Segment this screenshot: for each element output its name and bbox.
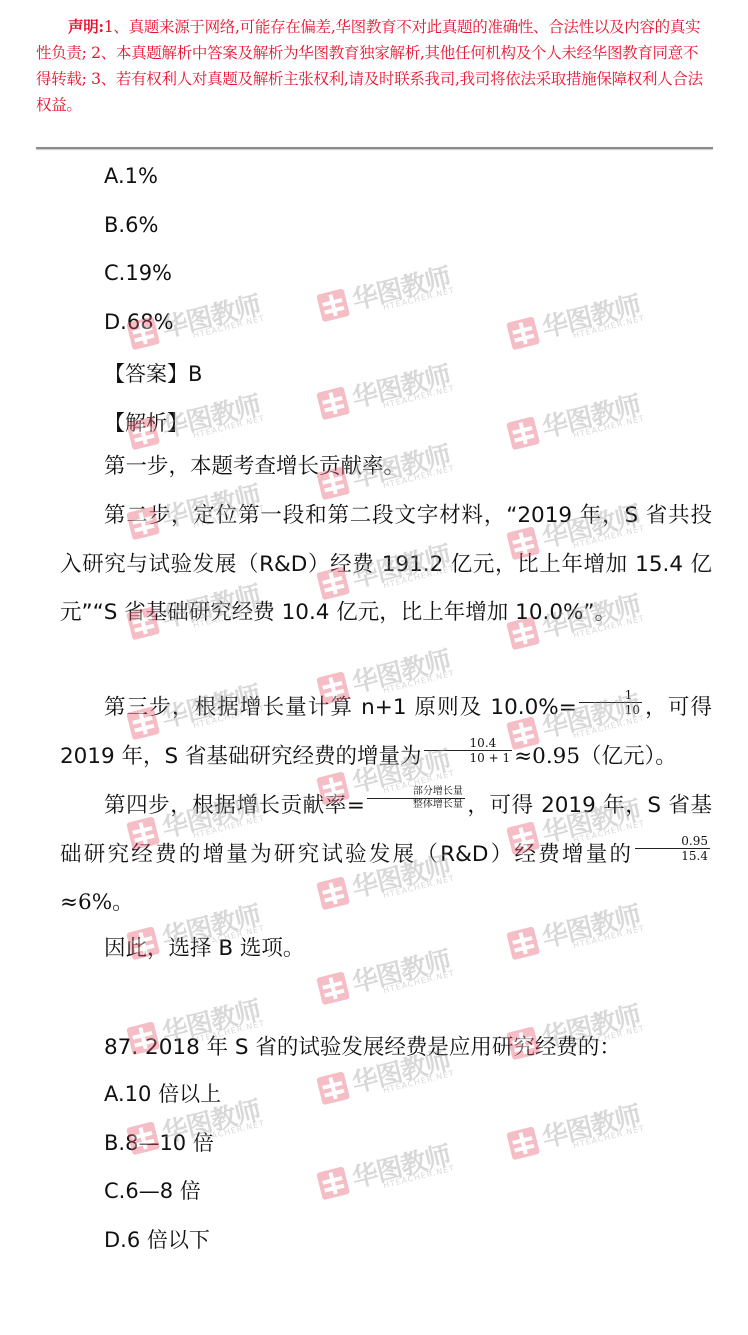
watermark: 华图教师HTEACHER.NET [503, 1080, 682, 1179]
disclaimer-label: 声明: [68, 17, 104, 36]
q87-option-b: B.8—10 倍 [104, 1127, 214, 1157]
watermark: 华图教师HTEACHER.NET [313, 340, 492, 439]
watermark-logo-icon [316, 386, 350, 420]
fraction-share: 0.9515.4 [635, 834, 710, 863]
watermark: 华图教师HTEACHER.NET [313, 242, 492, 341]
analysis-label: 【解析】 [104, 407, 188, 437]
q87-option-a: A.10 倍以上 [104, 1078, 221, 1108]
fraction-increment: 10.410 + 1 [424, 736, 513, 765]
watermark-logo-icon [316, 971, 350, 1005]
q86-option-d: D.68% [104, 310, 174, 334]
header-divider [36, 147, 713, 149]
watermark-logo-icon [506, 316, 540, 350]
watermark-logo-icon [316, 288, 350, 322]
q86-option-b: B.6% [104, 213, 158, 237]
analysis-step-3: 第三步，根据增长量计算 n+1 原则及 10.0%=110，可得 2019 年，… [60, 684, 712, 781]
watermark: 华图教师HTEACHER.NET [503, 270, 682, 369]
fraction-one-tenth: 110 [579, 688, 642, 717]
fraction-contribution-rate: 部分增长量整体增长量 [367, 786, 465, 811]
analysis-step-4: 第四步，根据增长贡献率=部分增长量整体增长量，可得 2019 年，S 省基础研究… [60, 782, 712, 928]
analysis-conclusion: 因此，选择 B 选项。 [60, 925, 712, 974]
analysis-step-2: 第二步，定位第一段和第二段文字材料，“2019 年，S 省共投入研究与试验发展（… [60, 492, 712, 638]
q86-option-c: C.19% [104, 261, 172, 285]
disclaimer-text: 1、真题来源于网络,可能存在偏差,华图教育不对此真题的准确性、合法性以及内容的真… [36, 18, 703, 114]
disclaimer: 声明:1、真题来源于网络,可能存在偏差,华图教育不对此真题的准确性、合法性以及内… [36, 14, 712, 118]
watermark-logo-icon [316, 1071, 350, 1105]
step3-text-a: 第三步，根据增长量计算 n+1 原则及 10.0%= [104, 695, 577, 720]
q86-option-a: A.1% [104, 164, 158, 188]
q87-stem: 87. 2018 年 S 省的试验发展经费是应用研究经费的： [104, 1030, 621, 1061]
watermark-logo-icon [316, 1166, 350, 1200]
step3-text-c: ≈0.95（亿元）。 [514, 744, 677, 769]
watermark-logo-icon [506, 1126, 540, 1160]
q87-option-d: D.6 倍以下 [104, 1224, 210, 1254]
watermark: 华图教师HTEACHER.NET [313, 1120, 492, 1219]
step4-text-a: 第四步，根据增长贡献率= [104, 793, 365, 818]
q87-option-c: C.6—8 倍 [104, 1175, 201, 1205]
answer-label: 【答案】B [104, 358, 202, 388]
analysis-step-1: 第一步，本题考查增长贡献率。 [60, 443, 712, 492]
step4-text-c: ≈6%。 [60, 890, 134, 915]
